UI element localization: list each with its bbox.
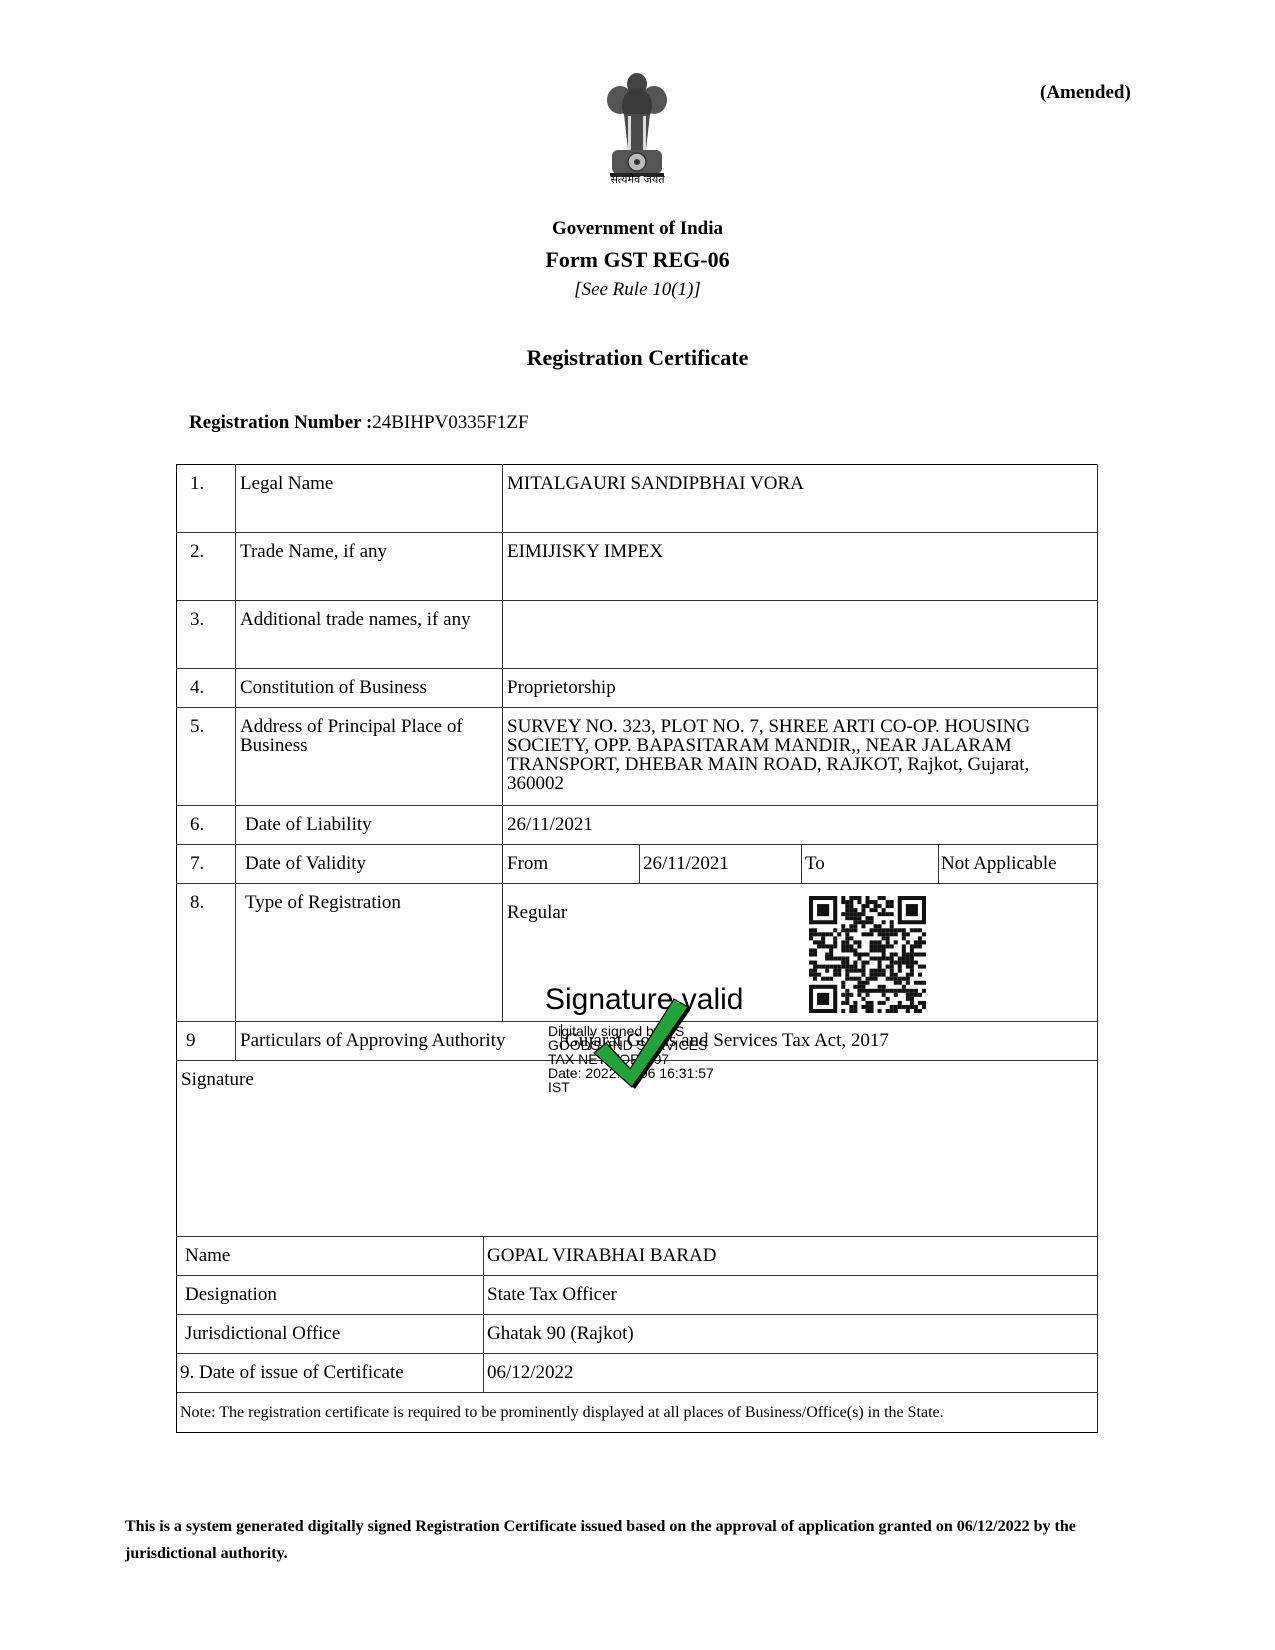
government-title: Government of India (0, 218, 1275, 240)
row-label: Constitution of Business (240, 678, 427, 697)
row-label: Legal Name (240, 474, 333, 493)
authority-label: 9. Date of issue of Certificate (180, 1363, 404, 1382)
date-of-issue-value: 06/12/2022 (487, 1363, 574, 1382)
row-label: Trade Name, if any (240, 542, 387, 561)
authority-designation-value: State Tax Officer (487, 1285, 617, 1304)
row-number: 3. (190, 610, 204, 629)
row-number: 1. (190, 474, 204, 493)
address-value: SURVEY NO. 323, PLOT NO. 7, SHREE ARTI C… (507, 717, 1082, 793)
validity-to-value: Not Applicable (941, 854, 1057, 873)
authority-name-value: GOPAL VIRABHAI BARAD (487, 1246, 716, 1265)
date-of-liability-value: 26/11/2021 (507, 815, 593, 834)
trade-name-value: EIMIJISKY IMPEX (507, 542, 663, 561)
row-number: 4. (190, 678, 204, 697)
registration-number-value: 24BIHPV0335F1ZF (372, 412, 528, 433)
certificate-title: Registration Certificate (0, 345, 1275, 371)
row-label: Type of Registration (245, 893, 401, 912)
row-label: Particulars of Approving Authority (240, 1031, 505, 1050)
validity-from-value: 26/11/2021 (643, 854, 729, 873)
authority-label: Designation (185, 1285, 277, 1304)
validity-from-label: From (507, 854, 548, 873)
row-label: Date of Liability (245, 815, 372, 834)
row-number: 2. (190, 542, 204, 561)
form-title: Form GST REG-06 (0, 247, 1275, 273)
row-number: 5. (190, 717, 204, 736)
qr-code-icon (809, 896, 926, 1013)
emblem-motto: सत्यमेव जयते (590, 172, 685, 187)
registration-type-value: Regular (507, 903, 567, 922)
jurisdictional-office-value: Ghatak 90 (Rajkot) (487, 1324, 634, 1343)
signature-label: Signature (181, 1070, 254, 1089)
row-label: Additional trade names, if any (240, 610, 471, 629)
row-number: 8. (190, 893, 204, 912)
row-label: Address of Principal Place of Business (240, 717, 490, 755)
row-number: 7. (190, 854, 204, 873)
national-emblem-icon (598, 66, 676, 178)
system-generated-footer: This is a system generated digitally sig… (125, 1513, 1155, 1567)
authority-label: Jurisdictional Office (185, 1324, 340, 1343)
row-number: 6. (190, 815, 204, 834)
legal-name-value: MITALGAURI SANDIPBHAI VORA (507, 474, 804, 493)
registration-number-label: Registration Number : (189, 412, 372, 433)
amended-label: (Amended) (1040, 82, 1131, 104)
display-note: Note: The registration certificate is re… (180, 1403, 944, 1422)
registration-number: Registration Number :24BIHPV0335F1ZF (189, 412, 529, 434)
row-number: 9 (186, 1031, 196, 1050)
row-label: Date of Validity (245, 854, 366, 873)
green-checkmark-icon (590, 995, 690, 1090)
constitution-value: Proprietorship (507, 678, 616, 697)
authority-label: Name (185, 1246, 230, 1265)
validity-to-label: To (805, 854, 825, 873)
rule-reference: [See Rule 10(1)] (0, 279, 1275, 301)
